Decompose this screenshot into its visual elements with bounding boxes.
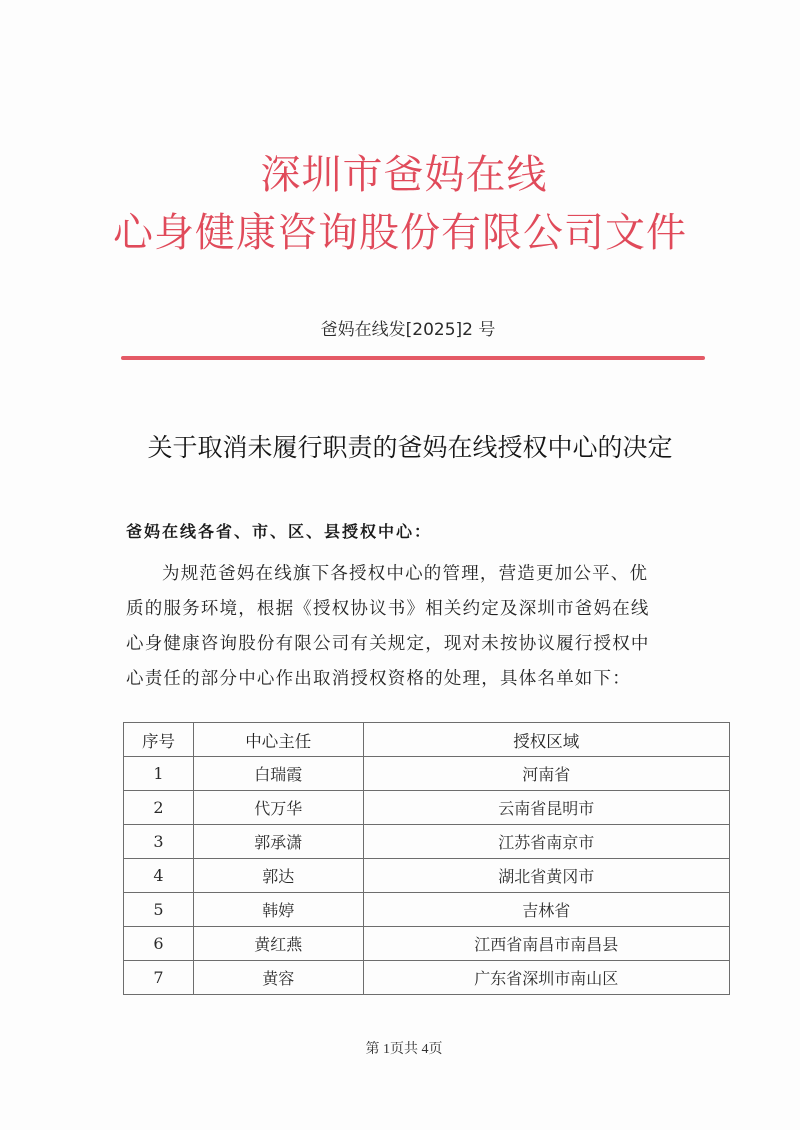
column-header-region: 授权区域 xyxy=(363,723,729,757)
body-line: 心身健康咨询股份有限公司有关规定，现对未按协议履行授权中 xyxy=(126,627,716,662)
masthead-org-line2: 心身健康咨询股份有限公司文件 xyxy=(0,208,800,258)
cell-region: 云南省昆明市 xyxy=(363,791,729,825)
cell-region: 湖北省黄冈市 xyxy=(363,859,729,893)
body-line: 心责任的部分中心作出取消授权资格的处理，具体名单如下： xyxy=(126,662,716,697)
body-line: 为规范爸妈在线旗下各授权中心的管理，营造更加公平、优 xyxy=(126,557,716,592)
cell-number: 5 xyxy=(124,893,194,927)
cell-region: 河南省 xyxy=(363,757,729,791)
cell-director: 郭承潇 xyxy=(193,825,363,859)
cell-director: 韩婷 xyxy=(193,893,363,927)
cell-director: 黄容 xyxy=(193,961,363,995)
table-row: 3 郭承潇 江苏省南京市 xyxy=(124,825,730,859)
cell-director: 白瑞霞 xyxy=(193,757,363,791)
cell-region: 江苏省南京市 xyxy=(363,825,729,859)
salutation: 爸妈在线各省、市、区、县授权中心： xyxy=(126,521,432,543)
masthead-org-line1: 深圳市爸妈在线 xyxy=(0,150,800,200)
cell-region: 江西省南昌市南昌县 xyxy=(363,927,729,961)
table-row: 7 黄容 广东省深圳市南山区 xyxy=(124,961,730,995)
column-header-number: 序号 xyxy=(124,723,194,757)
cell-region: 吉林省 xyxy=(363,893,729,927)
cell-director: 黄红燕 xyxy=(193,927,363,961)
page-indicator: 第 1页共 4页 xyxy=(0,1041,800,1059)
table-header-row: 序号 中心主任 授权区域 xyxy=(124,723,730,757)
red-divider xyxy=(121,356,705,360)
cell-number: 7 xyxy=(124,961,194,995)
table-row: 1 白瑞霞 河南省 xyxy=(124,757,730,791)
cell-number: 2 xyxy=(124,791,194,825)
cell-region: 广东省深圳市南山区 xyxy=(363,961,729,995)
cell-number: 4 xyxy=(124,859,194,893)
document-title: 关于取消未履行职责的爸妈在线授权中心的决定 xyxy=(0,431,800,465)
cell-number: 6 xyxy=(124,927,194,961)
table-row: 6 黄红燕 江西省南昌市南昌县 xyxy=(124,927,730,961)
column-header-director: 中心主任 xyxy=(193,723,363,757)
cell-number: 3 xyxy=(124,825,194,859)
table-row: 4 郭达 湖北省黄冈市 xyxy=(124,859,730,893)
cell-director: 郭达 xyxy=(193,859,363,893)
table-row: 2 代万华 云南省昆明市 xyxy=(124,791,730,825)
document-page: 深圳市爸妈在线 心身健康咨询股份有限公司文件 爸妈在线发[2025]2 号 关于… xyxy=(0,0,800,1130)
document-number: 爸妈在线发[2025]2 号 xyxy=(0,318,800,342)
cell-director: 代万华 xyxy=(193,791,363,825)
cell-number: 1 xyxy=(124,757,194,791)
revoked-centers-table: 序号 中心主任 授权区域 1 白瑞霞 河南省 2 代万华 云南省昆明市 3 郭承… xyxy=(123,722,730,995)
body-paragraph: 为规范爸妈在线旗下各授权中心的管理，营造更加公平、优 质的服务环境，根据《授权协… xyxy=(126,557,716,697)
table-row: 5 韩婷 吉林省 xyxy=(124,893,730,927)
body-line: 质的服务环境，根据《授权协议书》相关约定及深圳市爸妈在线 xyxy=(126,592,716,627)
